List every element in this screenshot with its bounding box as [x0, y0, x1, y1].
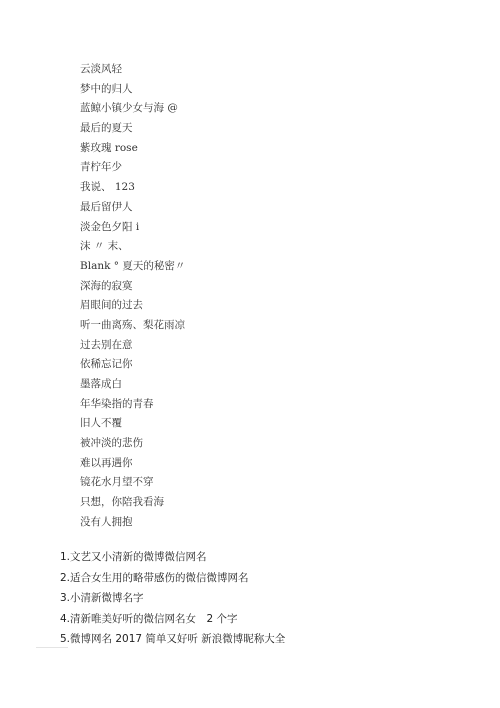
nickname-item: 我说、 123	[80, 178, 185, 198]
nickname-item: 深海的寂寞	[80, 277, 185, 297]
related-articles-list: 1.文艺又小清新的微博微信网名 2.适合女生用的略带感伤的微信微博网名 3.小清…	[60, 547, 285, 650]
nickname-item: 难以再遇你	[80, 454, 185, 474]
nickname-item: 过去别在意	[80, 336, 185, 356]
nickname-item: 沫 〃 末、	[80, 237, 185, 257]
related-article-link[interactable]: 4.清新唯美好听的微信网名女 2 个字	[60, 609, 285, 630]
related-article-link[interactable]: 5.微博网名 2017 简单又好听 新浪微博昵称大全	[60, 629, 285, 650]
nickname-item: Blank ° 夏天的秘密〃	[80, 257, 185, 277]
nickname-item: 最后留伊人	[80, 198, 185, 218]
footer-divider	[36, 647, 68, 648]
nickname-item: 依稀忘记你	[80, 355, 185, 375]
nickname-item: 被冲淡的悲伤	[80, 434, 185, 454]
related-article-link[interactable]: 2.适合女生用的略带感伤的微信微博网名	[60, 568, 285, 589]
related-article-link[interactable]: 1.文艺又小清新的微博微信网名	[60, 547, 285, 568]
nickname-item: 听一曲离殇、梨花雨凉	[80, 316, 185, 336]
nickname-item: 镜花水月望不穿	[80, 473, 185, 493]
nickname-list: 云淡风轻 梦中的归人 蓝鲸小镇少女与海 @ 最后的夏天 紫玫瑰 rose 青柠年…	[80, 60, 185, 533]
nickname-item: 没有人拥抱	[80, 513, 185, 533]
nickname-item: 蓝鲸小镇少女与海 @	[80, 99, 185, 119]
nickname-item: 墨落成白	[80, 375, 185, 395]
nickname-item: 淡金色夕阳 i	[80, 218, 185, 238]
nickname-item: 最后的夏天	[80, 119, 185, 139]
nickname-item: 年华染指的青春	[80, 395, 185, 415]
nickname-item: 青柠年少	[80, 158, 185, 178]
related-article-link[interactable]: 3.小清新微博名字	[60, 588, 285, 609]
nickname-item: 只想，你陪我看海	[80, 493, 185, 513]
nickname-item: 云淡风轻	[80, 60, 185, 80]
nickname-item: 梦中的归人	[80, 80, 185, 100]
nickname-item: 眉眼间的过去	[80, 296, 185, 316]
nickname-item: 紫玫瑰 rose	[80, 139, 185, 159]
nickname-item: 旧人不覆	[80, 414, 185, 434]
